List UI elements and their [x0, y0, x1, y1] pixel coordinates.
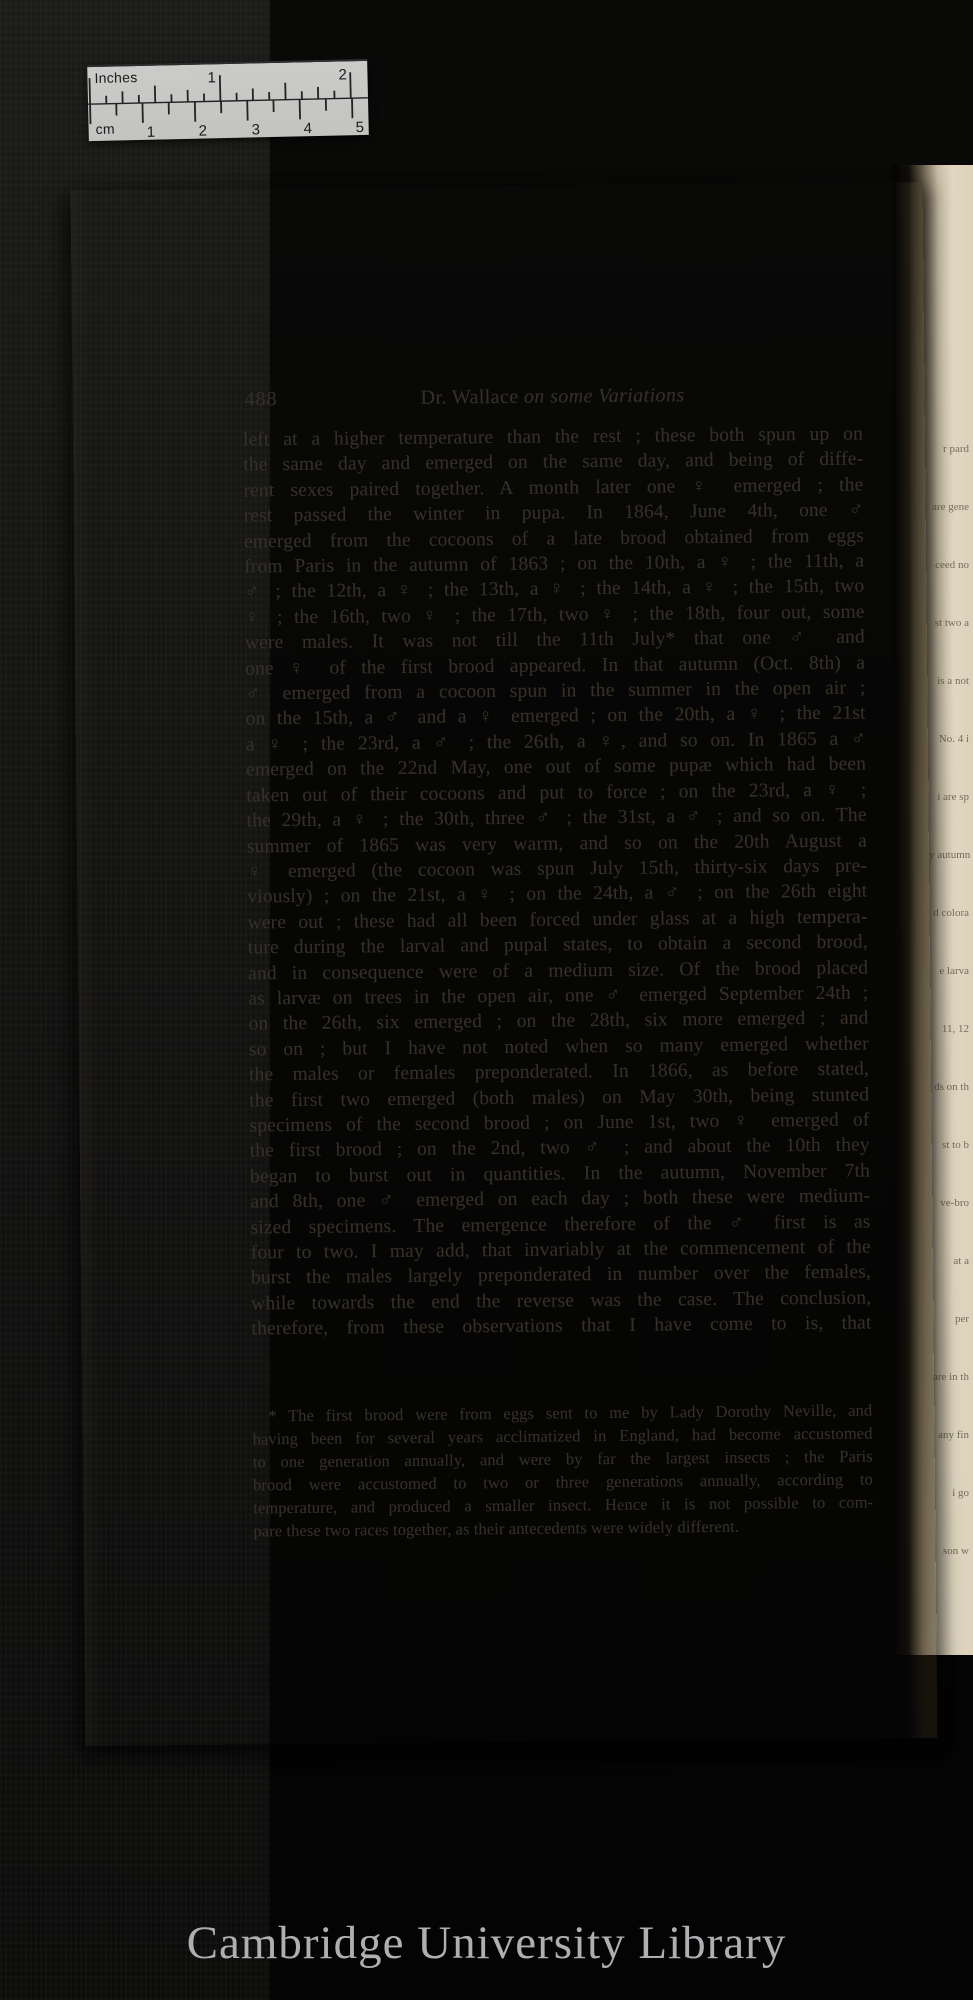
cm-number-2: 2 [199, 122, 208, 139]
page-edge-text-fragment: ds on th [929, 1058, 973, 1116]
page-edge-text-fragment: any fin [929, 1406, 973, 1464]
page-edge-text-fragment: d colora [929, 884, 973, 942]
book-page: 488 Dr. Wallace on some Variations left … [71, 182, 938, 1746]
adjacent-page-fragments: r pardare geneceed nost two ais a notNo.… [929, 420, 973, 1580]
page-edge-text-fragment: are gene [929, 478, 973, 536]
page-edge-text-fragment: per [929, 1290, 973, 1348]
page-header: 488 Dr. Wallace on some Variations [242, 383, 862, 417]
ruler-inches-label: Inches [94, 69, 137, 86]
page-edge-text-fragment: e larva [929, 942, 973, 1000]
page-edge-text-fragment: is a not [929, 652, 973, 710]
footnote: * The first brood were from eggs sent to… [252, 1398, 873, 1542]
ruler: 1 2 1 2 3 4 5 Inches cm [87, 59, 369, 141]
cm-tick-marks [90, 98, 352, 124]
cm-number-4: 4 [303, 120, 312, 137]
page-edge-text-fragment: ve-bro [929, 1174, 973, 1232]
footnote-line: pare these two races together, as their … [253, 1513, 873, 1542]
running-header: Dr. Wallace on some Variations [242, 383, 862, 412]
page-edge-text-fragment: st two a [929, 594, 973, 652]
page-edge-text-fragment: i go [929, 1464, 973, 1522]
book-scan-photo: 1 2 1 2 3 4 5 Inches cm r pardare genece… [0, 0, 973, 2000]
inch-number-2: 2 [338, 66, 347, 83]
cm-number-1: 1 [147, 124, 156, 141]
cm-number-5: 5 [355, 119, 364, 136]
body-text: left at a higher temperature than the re… [243, 422, 872, 1343]
cm-number-3: 3 [251, 121, 260, 138]
page-edge-text-fragment: No. 4 i [929, 710, 973, 768]
inch-number-1: 1 [207, 69, 216, 86]
page-edge-text-fragment: 11, 12 [929, 1000, 973, 1058]
body-text-line: therefore, from these observations that … [251, 1311, 871, 1342]
page-edge-text-fragment: r pard [929, 420, 973, 478]
library-watermark: Cambridge University Library [0, 1916, 973, 1970]
page-edge-text-fragment: y autumn [929, 826, 973, 884]
ruler-cm-label: cm [95, 121, 115, 137]
running-header-author: Dr. Wallace [421, 386, 519, 409]
page-edge-text-fragment: st to b [929, 1116, 973, 1174]
page-edge-text-fragment: i are sp [929, 768, 973, 826]
page-edge-text-fragment: ceed no [929, 536, 973, 594]
page-edge-text-fragment: at a [929, 1232, 973, 1290]
running-header-title: on some Variations [524, 384, 685, 408]
page-edge-text-fragment: are in th [929, 1348, 973, 1406]
